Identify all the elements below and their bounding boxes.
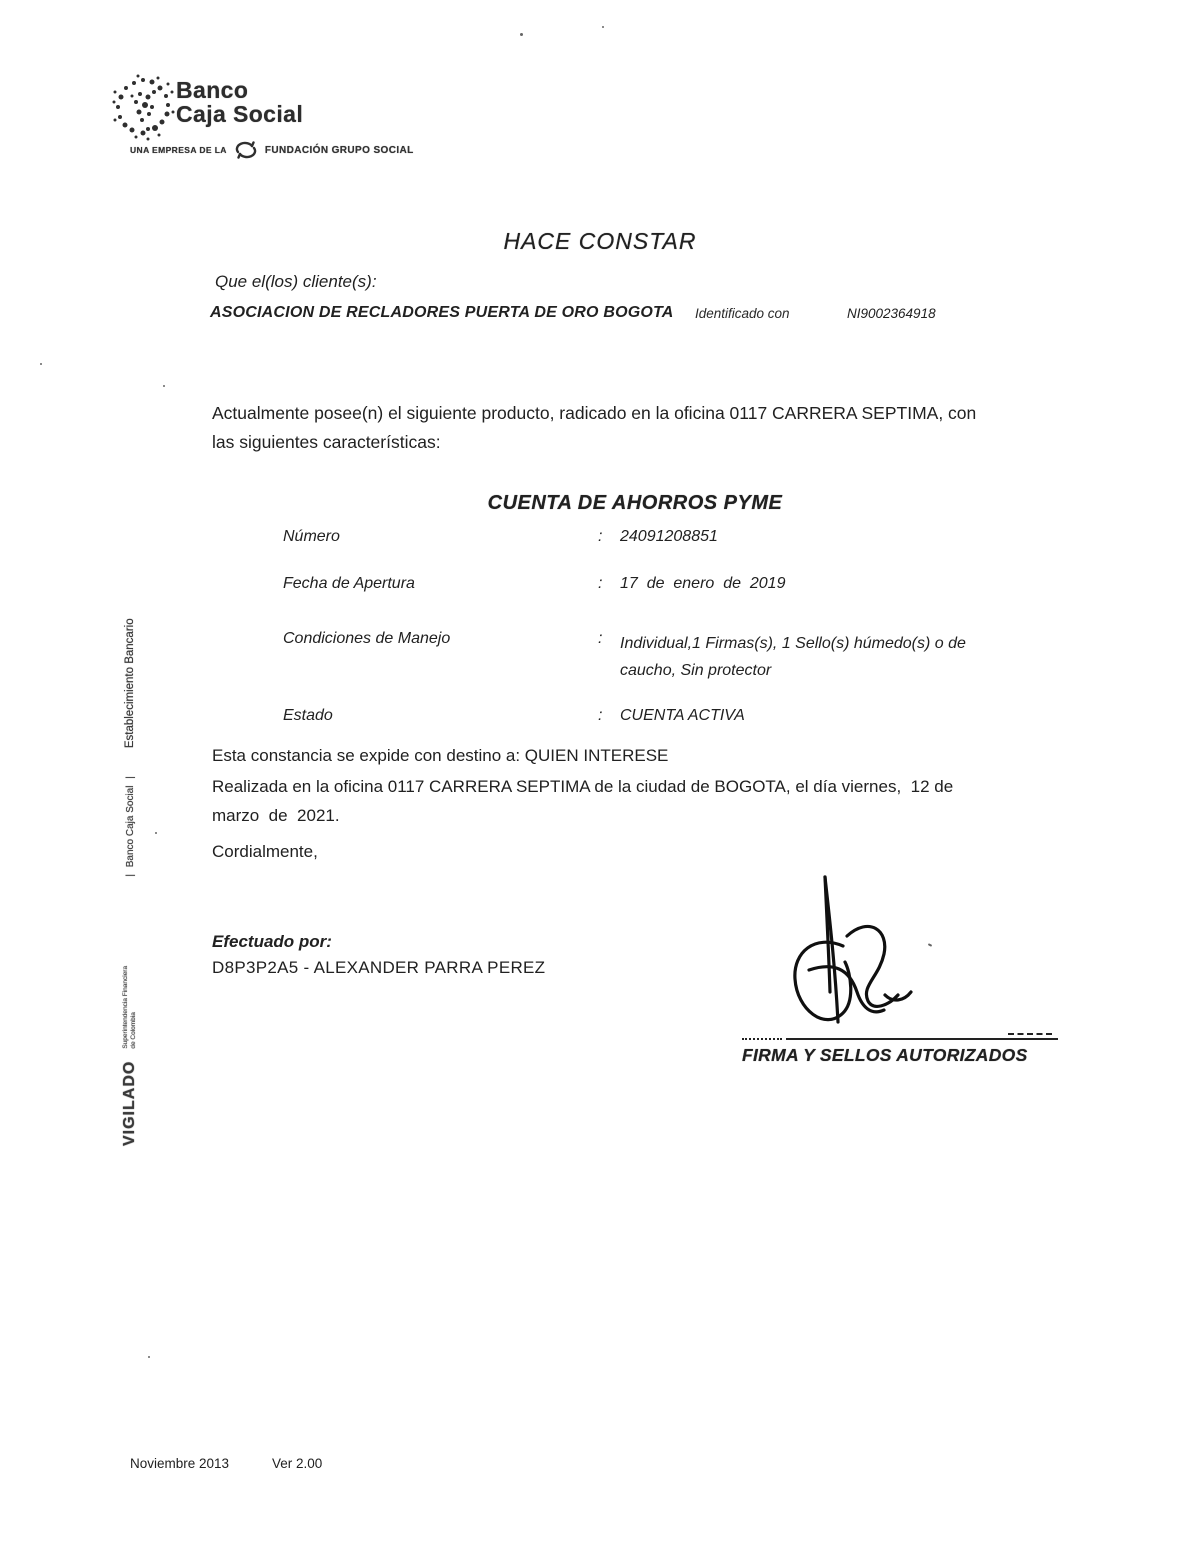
product-intro-paragraph: Actualmente posee(n) el siguiente produc… — [212, 399, 1112, 457]
scan-artifact-dot — [928, 943, 932, 947]
authority-text: Superintendencia Financiera de Colombia — [122, 929, 138, 1049]
field-value-handling-conditions: Individual,1 Firmas(s), 1 Sello(s) húmed… — [620, 630, 1055, 684]
banco-caja-social-logo-icon — [112, 72, 176, 144]
authority-line1: Superintendencia Financiera — [122, 929, 130, 1049]
scan-artifact-dot — [163, 385, 165, 387]
field-label: Estado — [283, 707, 333, 725]
id-number: NI9002364918 — [847, 306, 936, 321]
field-label: Fecha de Apertura — [283, 575, 415, 593]
fundacion-grupo-social-icon — [234, 141, 258, 159]
field-separator: : — [598, 575, 602, 593]
field-label: Número — [283, 528, 340, 546]
scan-artifact-dot — [602, 26, 604, 28]
scan-artifact-dot — [155, 832, 157, 834]
scan-artifact-dot — [520, 33, 523, 36]
footer-date: Noviembre 2013 — [130, 1456, 229, 1471]
entity-type: Establecimiento Bancario — [124, 618, 136, 748]
scanned-document-page: Banco Caja Social UNA EMPRESA DE LA FUND… — [0, 0, 1200, 1553]
signature-line — [1008, 1033, 1052, 1035]
performed-by-value: D8P3P2A5 - ALEXANDER PARRA PEREZ — [212, 958, 545, 978]
closing-line: Cordialmente, — [212, 842, 318, 862]
regulatory-sidebar: VIGILADO Superintendencia Financiera de … — [116, 596, 144, 1146]
bank-name-line2: Caja Social — [176, 102, 303, 126]
bank-name-line1: Banco — [176, 78, 303, 102]
bank-logo-text: Banco Caja Social — [176, 78, 303, 126]
footer-version: Ver 2.00 — [272, 1456, 322, 1471]
document-title: HACE CONSTAR — [0, 228, 1200, 255]
vigilado-mark: VIGILADO — [121, 1061, 139, 1146]
field-separator: : — [598, 528, 602, 546]
product-title: CUENTA DE AHORROS PYME — [70, 492, 1200, 515]
issued-at-line: Realizada en la oficina 0117 CARRERA SEP… — [212, 772, 1112, 830]
signature-line — [786, 1038, 1058, 1040]
destination-line: Esta constancia se expide con destino a:… — [212, 746, 668, 766]
separator-pipe: | — [125, 874, 136, 877]
field-value-account-number: 24091208851 — [620, 528, 718, 546]
client-name: ASOCIACION DE RECLADORES PUERTA DE ORO B… — [210, 304, 674, 322]
field-separator: : — [598, 630, 602, 648]
entity-name-block: | Banco Caja Social | — [125, 772, 136, 881]
tagline-right-text: FUNDACIÓN GRUPO SOCIAL — [265, 145, 414, 156]
field-value-open-date: 17 de enero de 2019 — [620, 575, 785, 593]
authority-line2: de Colombia — [130, 929, 138, 1049]
intro-line: Que el(los) cliente(s): — [215, 272, 377, 292]
field-value-account-status: CUENTA ACTIVA — [620, 707, 745, 725]
tagline-left-text: UNA EMPRESA DE LA — [130, 145, 227, 155]
scan-artifact-dot — [148, 1356, 150, 1358]
handwritten-signature — [785, 874, 920, 1039]
id-label: Identificado con — [695, 306, 790, 321]
separator-pipe: | — [125, 776, 136, 779]
performed-by-label: Efectuado por: — [212, 932, 332, 952]
field-label: Condiciones de Manejo — [283, 630, 450, 648]
scan-artifact-dot — [40, 363, 42, 365]
entity-name: Banco Caja Social — [125, 786, 136, 868]
signature-caption: FIRMA Y SELLOS AUTORIZADOS — [742, 1045, 1028, 1066]
field-separator: : — [598, 707, 602, 725]
signature-line — [742, 1038, 782, 1040]
logo-tagline: UNA EMPRESA DE LA FUNDACIÓN GRUPO SOCIAL — [130, 141, 414, 159]
